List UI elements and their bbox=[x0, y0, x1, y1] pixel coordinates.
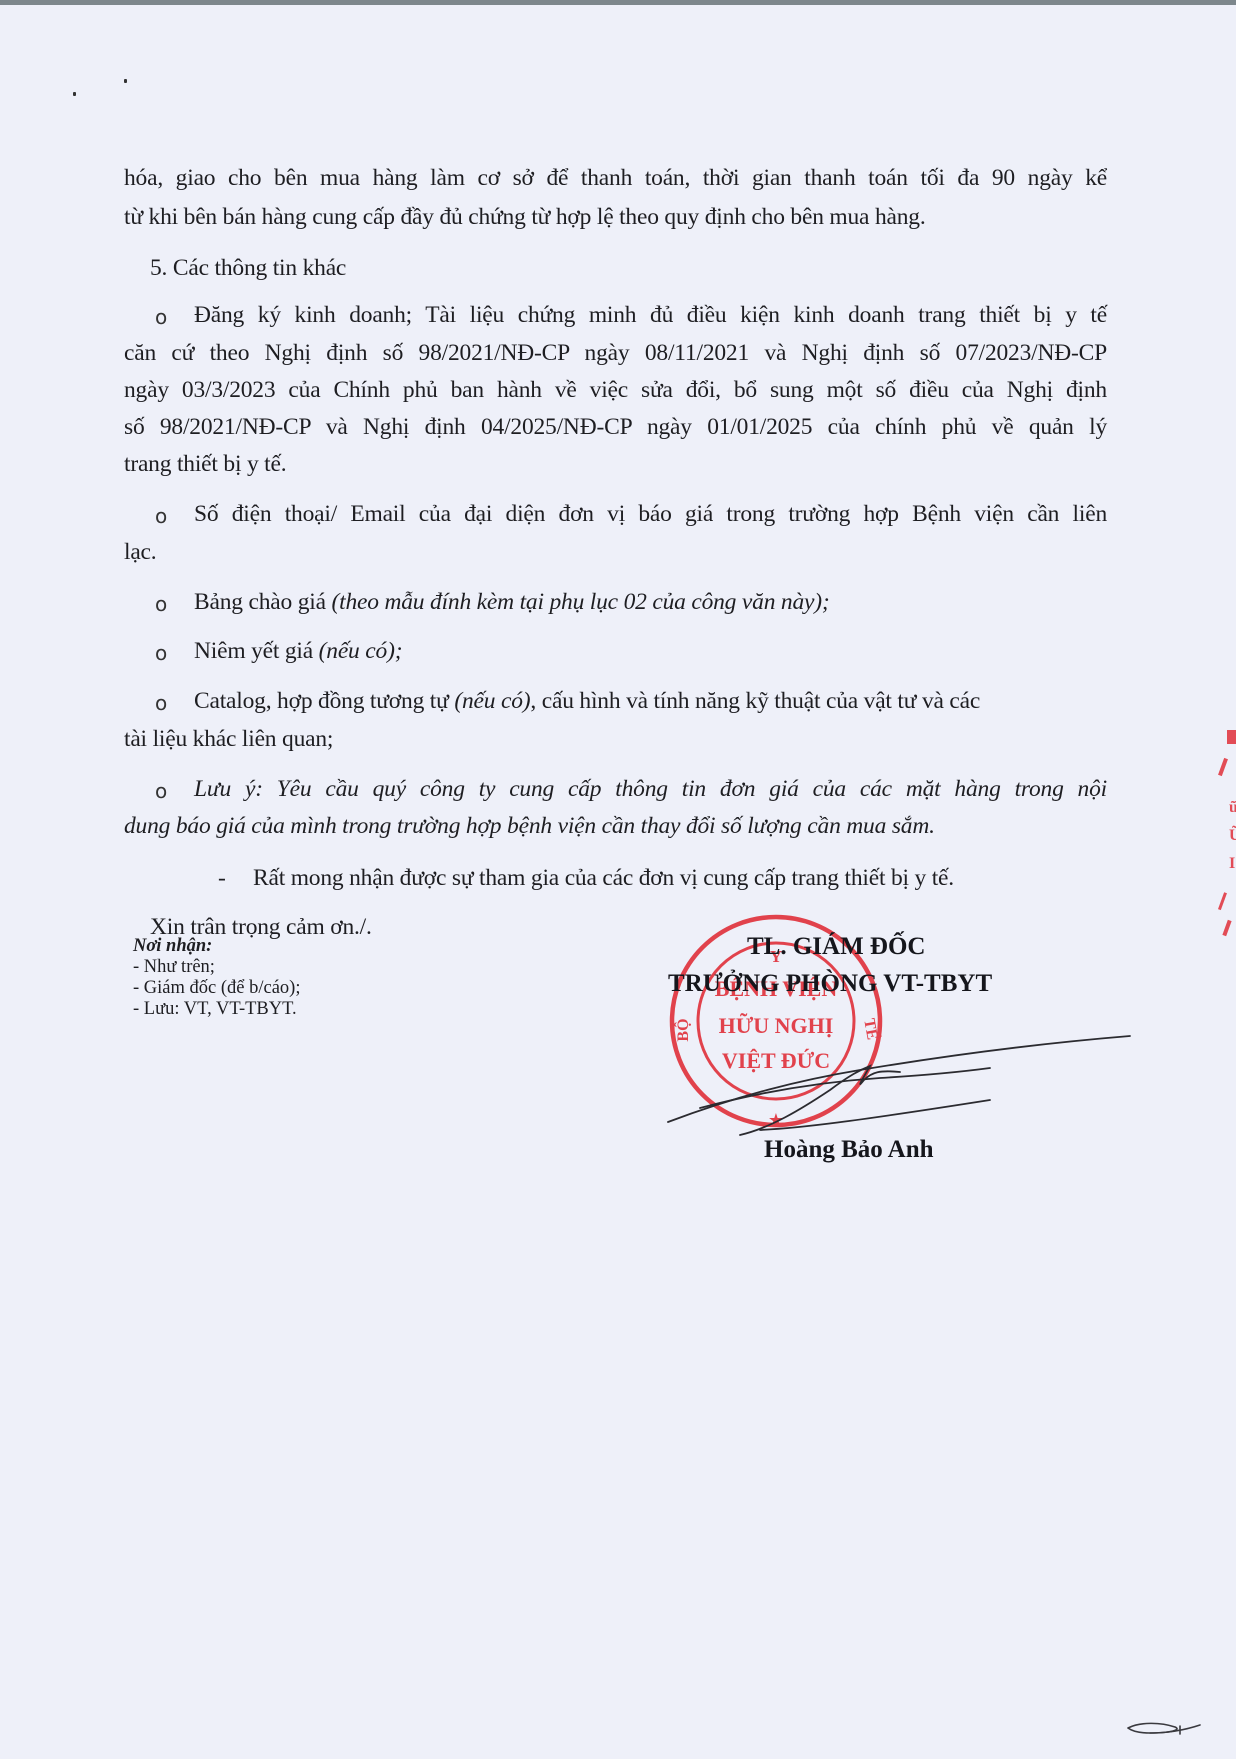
signature-stroke bbox=[760, 1100, 990, 1130]
list-item-note: (nếu có) bbox=[454, 688, 530, 714]
list-item-line: Đăng ký kinh doanh; Tài liệu chứng minh … bbox=[194, 300, 1107, 330]
stamp-center-line: HỮU NGHỊ bbox=[719, 1013, 834, 1038]
list-item-line: Niêm yết giá (nếu có); bbox=[194, 636, 402, 666]
list-item-note: (nếu có); bbox=[319, 638, 403, 664]
list-item-line: Số điện thoại/ Email của đại diện đơn vị… bbox=[194, 499, 1107, 529]
note-line: Lưu ý: Yêu cầu quý công ty cung cấp thôn… bbox=[194, 774, 1107, 804]
section-heading: 5. Các thông tin khác bbox=[150, 253, 346, 283]
list-item-line: Catalog, hợp đồng tương tự (nếu có), cấu… bbox=[194, 686, 1107, 716]
svg-text:ữ: ữ bbox=[1229, 799, 1236, 816]
recipient-item: - Như trên; bbox=[133, 957, 300, 978]
bullet-icon: o bbox=[155, 501, 167, 531]
bullet-icon: o bbox=[155, 638, 167, 668]
list-item-text: Catalog, hợp đồng tương tự bbox=[194, 688, 454, 714]
signer-name: Hoàng Bảo Anh bbox=[764, 1136, 934, 1164]
recipients-heading: Nơi nhận: bbox=[133, 936, 300, 957]
list-item-text: Đăng ký kinh doanh; Tài liệu chứng minh … bbox=[194, 300, 1107, 330]
list-item-text: , cấu hình và tính năng kỹ thuật của vật… bbox=[530, 688, 980, 714]
signature-stroke bbox=[740, 1066, 900, 1135]
bullet-icon: o bbox=[155, 776, 167, 806]
note-line: dung báo giá của mình trong trường hợp b… bbox=[124, 811, 935, 841]
recipients-block: Nơi nhận: - Như trên; - Giám đốc (để b/c… bbox=[133, 936, 300, 1020]
stamp-star-icon: ★ bbox=[768, 1110, 784, 1131]
initials-mark bbox=[1128, 1723, 1200, 1734]
stamp-text-right: TẾ bbox=[860, 1017, 882, 1041]
stamp-center-line: VIỆT ĐỨC bbox=[722, 1048, 830, 1073]
list-item-line: trang thiết bị y tế. bbox=[124, 449, 286, 479]
edge-seal-fragment: ữ Ữ I bbox=[1218, 730, 1236, 936]
list-item-line: Bảng chào giá (theo mẫu đính kèm tại phụ… bbox=[194, 587, 830, 617]
closing-dash: - bbox=[218, 863, 226, 893]
note-text: Lưu ý: Yêu cầu quý công ty cung cấp thôn… bbox=[194, 774, 1107, 804]
list-item-text: số 98/2021/NĐ-CP và Nghị định 04/2025/NĐ… bbox=[124, 412, 1107, 442]
bullet-icon: o bbox=[155, 589, 167, 619]
signature-stroke bbox=[700, 1068, 990, 1108]
recipient-item: - Giám đốc (để b/cáo); bbox=[133, 978, 300, 999]
list-item-text: Số điện thoại/ Email của đại diện đơn vị… bbox=[194, 499, 1107, 529]
list-item-text: căn cứ theo Nghị định số 98/2021/NĐ-CP n… bbox=[124, 338, 1107, 368]
document-page: hóa, giao cho bên mua hàng làm cơ sở để … bbox=[0, 0, 1236, 1759]
list-item-line: ngày 03/3/2023 của Chính phủ ban hành về… bbox=[124, 375, 1107, 405]
list-item-line: lạc. bbox=[124, 537, 156, 567]
bullet-icon: o bbox=[155, 688, 167, 718]
signature-title: TL. GIÁM ĐỐC bbox=[747, 930, 925, 964]
list-item-line: căn cứ theo Nghị định số 98/2021/NĐ-CP n… bbox=[124, 338, 1107, 368]
stamp-text-left: BỘ bbox=[674, 1018, 692, 1041]
bullet-icon: o bbox=[155, 302, 167, 332]
svg-text:Ữ: Ữ bbox=[1229, 824, 1236, 844]
list-item-text: Niêm yết giá bbox=[194, 638, 319, 664]
list-item-note: (theo mẫu đính kèm tại phụ lục 02 của cô… bbox=[332, 589, 830, 615]
signature-stroke bbox=[668, 1036, 1130, 1122]
list-item-text: Bảng chào giá bbox=[194, 589, 332, 615]
svg-text:I: I bbox=[1229, 855, 1235, 872]
paragraph-line: từ khi bên bán hàng cung cấp đầy đủ chứn… bbox=[124, 202, 926, 232]
list-item-text: ngày 03/3/2023 của Chính phủ ban hành về… bbox=[124, 375, 1107, 405]
list-item-line: tài liệu khác liên quan; bbox=[124, 724, 333, 754]
paragraph-text: hóa, giao cho bên mua hàng làm cơ sở để … bbox=[124, 163, 1107, 193]
closing-line: Rất mong nhận được sự tham gia của các đ… bbox=[253, 863, 954, 893]
list-item-line: số 98/2021/NĐ-CP và Nghị định 04/2025/NĐ… bbox=[124, 412, 1107, 442]
signature-position: TRƯỞNG PHÒNG VT-TBYT bbox=[668, 967, 992, 1001]
paragraph-line: hóa, giao cho bên mua hàng làm cơ sở để … bbox=[124, 163, 1107, 193]
recipient-item: - Lưu: VT, VT-TBYT. bbox=[133, 999, 300, 1020]
